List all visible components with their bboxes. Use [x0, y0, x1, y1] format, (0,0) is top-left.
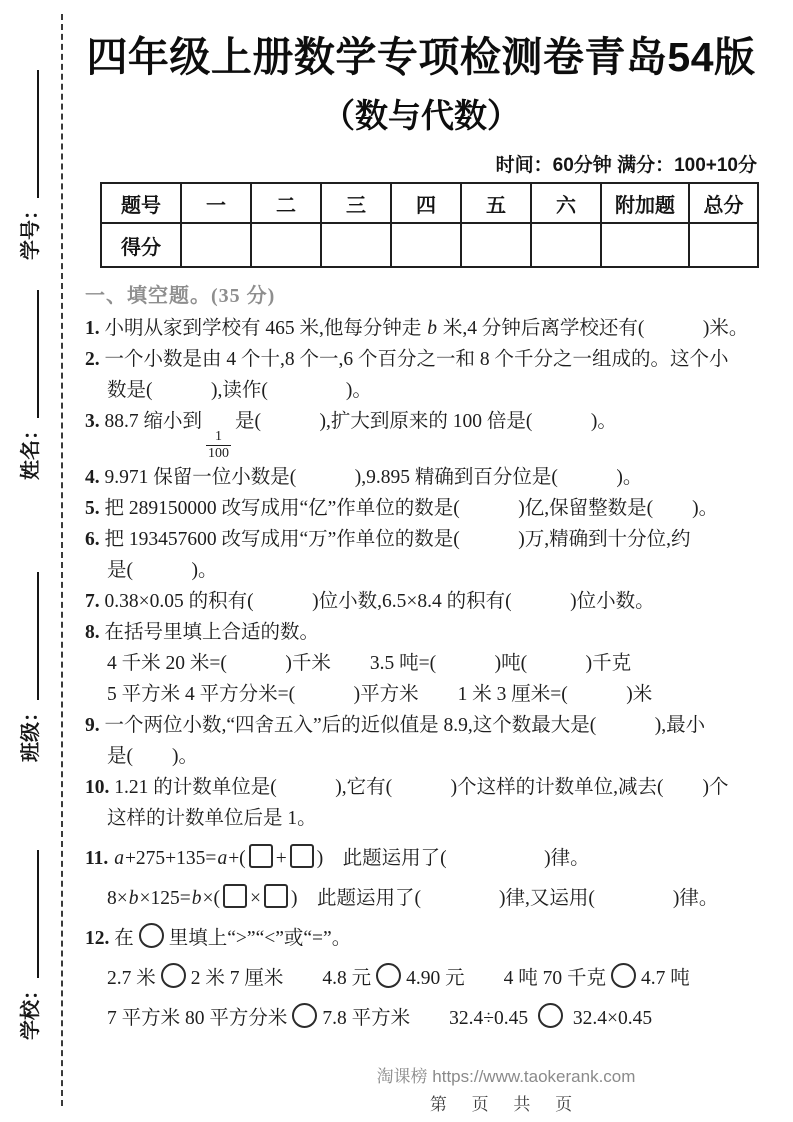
exam-meta-time-score: 时间：60分钟 满分：100+10分: [85, 150, 757, 177]
question-number: 8.: [85, 622, 100, 643]
compare-circle[interactable]: [611, 963, 636, 988]
margin-field-label: 姓名：: [14, 420, 43, 480]
question-5: 5. 把 289150000 改写成用“亿”作单位的数是( )亿,保留整数是( …: [85, 493, 757, 524]
question-4: 4. 9.971 保留一位小数是( ),9.895 精确到百分位是( )。: [85, 462, 757, 493]
answer-box[interactable]: [290, 844, 314, 868]
question-line: 2. 一个小数是由 4 个十,8 个一,6 个百分之一和 8 个千分之一组成的。…: [85, 344, 757, 375]
question-text: 7 平方米 80 平方分米: [107, 1008, 287, 1029]
score-table-header-cell: 六: [531, 183, 601, 223]
fraction-denominator: 100: [206, 445, 231, 462]
question-line: 是( )。: [85, 555, 757, 586]
margin-field-2: 姓名：: [17, 290, 43, 480]
variable: b: [191, 888, 203, 909]
question-text: 7.8 平方米 32.4÷0.45: [322, 1008, 533, 1029]
question-line: 11. a+275+135=a+(+) 此题运用了( )律。: [85, 843, 757, 874]
question-text: 是( )。: [107, 560, 218, 581]
question-text: 2.7 米: [107, 968, 156, 989]
question-text: ×(: [203, 888, 221, 909]
score-table-header-cell: 一: [181, 183, 251, 223]
exam-subtitle: （数与代数）: [85, 90, 757, 137]
answer-box[interactable]: [223, 884, 247, 908]
question-text: +(: [228, 848, 246, 869]
question-text: 数是( ),读作( )。: [107, 380, 372, 401]
score-table-score-row: 得分: [101, 223, 758, 267]
score-table-header-cell: 二: [251, 183, 321, 223]
variable: b: [128, 888, 140, 909]
question-line: 2.7 米2 米 7 厘米 4.8 元4.90 元 4 吨 70 千克4.7 吨: [85, 963, 757, 994]
score-table-header-row: 题号一二三四五六附加题总分: [101, 183, 758, 223]
score-table-header-cell: 五: [461, 183, 531, 223]
question-line: 1. 小明从家到学校有 465 米,他每分钟走 b 米,4 分钟后离学校还有( …: [85, 313, 757, 344]
answer-box[interactable]: [249, 844, 273, 868]
variable: a: [216, 848, 228, 869]
question-text: ×125=: [140, 888, 191, 909]
fraction-numerator: 1: [215, 429, 222, 445]
margin-field-blank-line[interactable]: [37, 290, 39, 418]
margin-field-blank-line[interactable]: [37, 850, 39, 978]
margin-field-blank-line[interactable]: [37, 70, 39, 198]
question-text: 88.7 缩小到: [100, 411, 202, 432]
question-number: 2.: [85, 349, 100, 370]
score-table-corner-cell: 题号: [101, 183, 181, 223]
question-line: 7 平方米 80 平方分米7.8 平方米 32.4÷0.45 32.4×0.45: [85, 1003, 757, 1034]
question-12: 12. 在里填上“>”“<”或“=”。2.7 米2 米 7 厘米 4.8 元4.…: [85, 923, 757, 1034]
question-number: 9.: [85, 715, 100, 736]
question-line: 5. 把 289150000 改写成用“亿”作单位的数是( )亿,保留整数是( …: [85, 493, 757, 524]
score-table-header-cell: 总分: [689, 183, 758, 223]
footer: 淘课榜 https://www.taokerank.com 第 页 共 页: [170, 1062, 793, 1115]
question-number: 1.: [85, 318, 100, 339]
question-text: +: [276, 848, 287, 869]
question-text: 在括号里填上合适的数。: [100, 622, 319, 643]
question-text: 1.21 的计数单位是( ),它有( )个这样的计数单位,减去( )个: [109, 777, 728, 798]
question-text: 8×: [107, 888, 128, 909]
question-text: 这样的计数单位后是 1。: [107, 808, 317, 829]
questions: 1. 小明从家到学校有 465 米,他每分钟走 b 米,4 分钟后离学校还有( …: [85, 313, 757, 1034]
question-text: 把 193457600 改写成用“万”作单位的数是( )万,精确到十分位,约: [100, 529, 691, 550]
question-text: ) 此题运用了( )律,又运用( )律。: [291, 888, 718, 909]
compare-circle[interactable]: [376, 963, 401, 988]
question-text: 0.38×0.05 的积有( )位小数,6.5×8.4 的积有( )位小数。: [100, 591, 655, 612]
variable: b: [426, 318, 438, 339]
question-text: 里填上“>”“<”或“=”。: [169, 928, 351, 949]
compare-circle[interactable]: [292, 1003, 317, 1028]
compare-circle[interactable]: [538, 1003, 563, 1028]
margin-field-label: 班级：: [14, 702, 43, 762]
margin-field-blank-line[interactable]: [37, 572, 39, 700]
section-heading: 一、填空题。(35 分): [85, 279, 757, 308]
question-text: 9.971 保留一位小数是( ),9.895 精确到百分位是( )。: [100, 467, 643, 488]
question-text: 把 289150000 改写成用“亿”作单位的数是( )亿,保留整数是( )。: [100, 498, 719, 519]
exam-page: 四年级上册数学专项检测卷青岛54版 （数与代数） 时间：60分钟 满分：100+…: [85, 0, 757, 1034]
compare-circle[interactable]: [161, 963, 186, 988]
question-line: 是( )。: [85, 741, 757, 772]
question-text: ) 此题运用了( )律。: [317, 848, 590, 869]
question-number: 6.: [85, 529, 100, 550]
footer-page-info: 第 页 共 页: [170, 1090, 793, 1115]
question-text: 2 米 7 厘米 4.8 元: [191, 968, 371, 989]
question-text: 5 平方米 4 平方分米=( )平方米 1 米 3 厘米=( )米: [107, 684, 652, 705]
question-11: 11. a+275+135=a+(+) 此题运用了( )律。8×b×125=b×…: [85, 843, 757, 914]
question-line: 7. 0.38×0.05 的积有( )位小数,6.5×8.4 的积有( )位小数…: [85, 586, 757, 617]
question-number: 3.: [85, 411, 100, 432]
score-table: 题号一二三四五六附加题总分 得分: [100, 182, 759, 268]
question-text: 米,4 分钟后离学校还有( )米。: [438, 318, 748, 339]
question-3: 3. 88.7 缩小到1100是( ),扩大到原来的 100 倍是( )。: [85, 406, 757, 462]
margin-field-3: 班级：: [17, 572, 43, 762]
question-line: 5 平方米 4 平方分米=( )平方米 1 米 3 厘米=( )米: [85, 679, 757, 710]
score-blank-cell[interactable]: [531, 223, 601, 267]
score-blank-cell[interactable]: [181, 223, 251, 267]
question-1: 1. 小明从家到学校有 465 米,他每分钟走 b 米,4 分钟后离学校还有( …: [85, 313, 757, 344]
score-blank-cell[interactable]: [321, 223, 391, 267]
score-row-label-cell: 得分: [101, 223, 181, 267]
left-margin-rail: 学号：姓名：班级：学校：: [0, 0, 63, 1122]
question-8: 8. 在括号里填上合适的数。4 千米 20 米=( )千米 3.5 吨=( )吨…: [85, 617, 757, 710]
question-number: 11.: [85, 848, 108, 869]
variable: a: [113, 848, 125, 869]
score-blank-cell[interactable]: [251, 223, 321, 267]
question-line: 12. 在里填上“>”“<”或“=”。: [85, 923, 757, 954]
question-2: 2. 一个小数是由 4 个十,8 个一,6 个百分之一和 8 个千分之一组成的。…: [85, 344, 757, 406]
margin-field-4: 学校：: [17, 850, 43, 1040]
question-line: 8. 在括号里填上合适的数。: [85, 617, 757, 648]
question-number: 5.: [85, 498, 100, 519]
fraction: 1100: [206, 429, 231, 462]
score-table-header-cell: 四: [391, 183, 461, 223]
question-text: 是( ),扩大到原来的 100 倍是( )。: [235, 411, 617, 432]
question-text: 4.90 元 4 吨 70 千克: [406, 968, 606, 989]
answer-box[interactable]: [264, 884, 288, 908]
score-blank-cell[interactable]: [391, 223, 461, 267]
margin-field-label: 学校：: [14, 980, 43, 1040]
question-line: 9. 一个两位小数,“四舍五入”后的近似值是 8.9,这个数最大是( ),最小: [85, 710, 757, 741]
margin-field-1: 学号：: [17, 70, 43, 260]
question-text: +275+135=: [125, 848, 217, 869]
question-6: 6. 把 193457600 改写成用“万”作单位的数是( )万,精确到十分位,…: [85, 524, 757, 586]
question-number: 10.: [85, 777, 109, 798]
question-line: 8×b×125=b×(×) 此题运用了( )律,又运用( )律。: [85, 883, 757, 914]
cut-dashed-line: [61, 14, 63, 1106]
exam-title: 四年级上册数学专项检测卷青岛54版: [85, 34, 757, 81]
score-blank-cell[interactable]: [601, 223, 689, 267]
question-text: 4 千米 20 米=( )千米 3.5 吨=( )吨( )千克: [107, 653, 631, 674]
question-9: 9. 一个两位小数,“四舍五入”后的近似值是 8.9,这个数最大是( ),最小是…: [85, 710, 757, 772]
question-line: 6. 把 193457600 改写成用“万”作单位的数是( )万,精确到十分位,…: [85, 524, 757, 555]
question-text: 32.4×0.45: [568, 1008, 652, 1029]
question-10: 10. 1.21 的计数单位是( ),它有( )个这样的计数单位,减去( )个这…: [85, 772, 757, 834]
margin-field-label: 学号：: [14, 200, 43, 260]
score-table-header-cell: 三: [321, 183, 391, 223]
question-line: 3. 88.7 缩小到1100是( ),扩大到原来的 100 倍是( )。: [85, 406, 757, 462]
question-number: 4.: [85, 467, 100, 488]
question-text: 一个两位小数,“四舍五入”后的近似值是 8.9,这个数最大是( ),最小: [100, 715, 706, 736]
footer-watermark-link[interactable]: 淘课榜 https://www.taokerank.com: [170, 1062, 793, 1087]
question-line: 10. 1.21 的计数单位是( ),它有( )个这样的计数单位,减去( )个: [85, 772, 757, 803]
question-text: 在: [109, 928, 133, 949]
question-line: 4 千米 20 米=( )千米 3.5 吨=( )吨( )千克: [85, 648, 757, 679]
question-text: 一个小数是由 4 个十,8 个一,6 个百分之一和 8 个千分之一组成的。这个小: [100, 349, 729, 370]
question-number: 12.: [85, 928, 109, 949]
question-line: 4. 9.971 保留一位小数是( ),9.895 精确到百分位是( )。: [85, 462, 757, 493]
score-table-header-cell: 附加题: [601, 183, 689, 223]
score-blank-cell[interactable]: [461, 223, 531, 267]
question-7: 7. 0.38×0.05 的积有( )位小数,6.5×8.4 的积有( )位小数…: [85, 586, 757, 617]
question-number: 7.: [85, 591, 100, 612]
question-text: 是( )。: [107, 746, 198, 767]
question-text: 小明从家到学校有 465 米,他每分钟走: [100, 318, 427, 339]
question-line: 这样的计数单位后是 1。: [85, 803, 757, 834]
score-blank-cell[interactable]: [689, 223, 758, 267]
question-text: 4.7 吨: [641, 968, 690, 989]
compare-circle[interactable]: [139, 923, 164, 948]
question-line: 数是( ),读作( )。: [85, 375, 757, 406]
question-text: ×: [250, 888, 261, 909]
